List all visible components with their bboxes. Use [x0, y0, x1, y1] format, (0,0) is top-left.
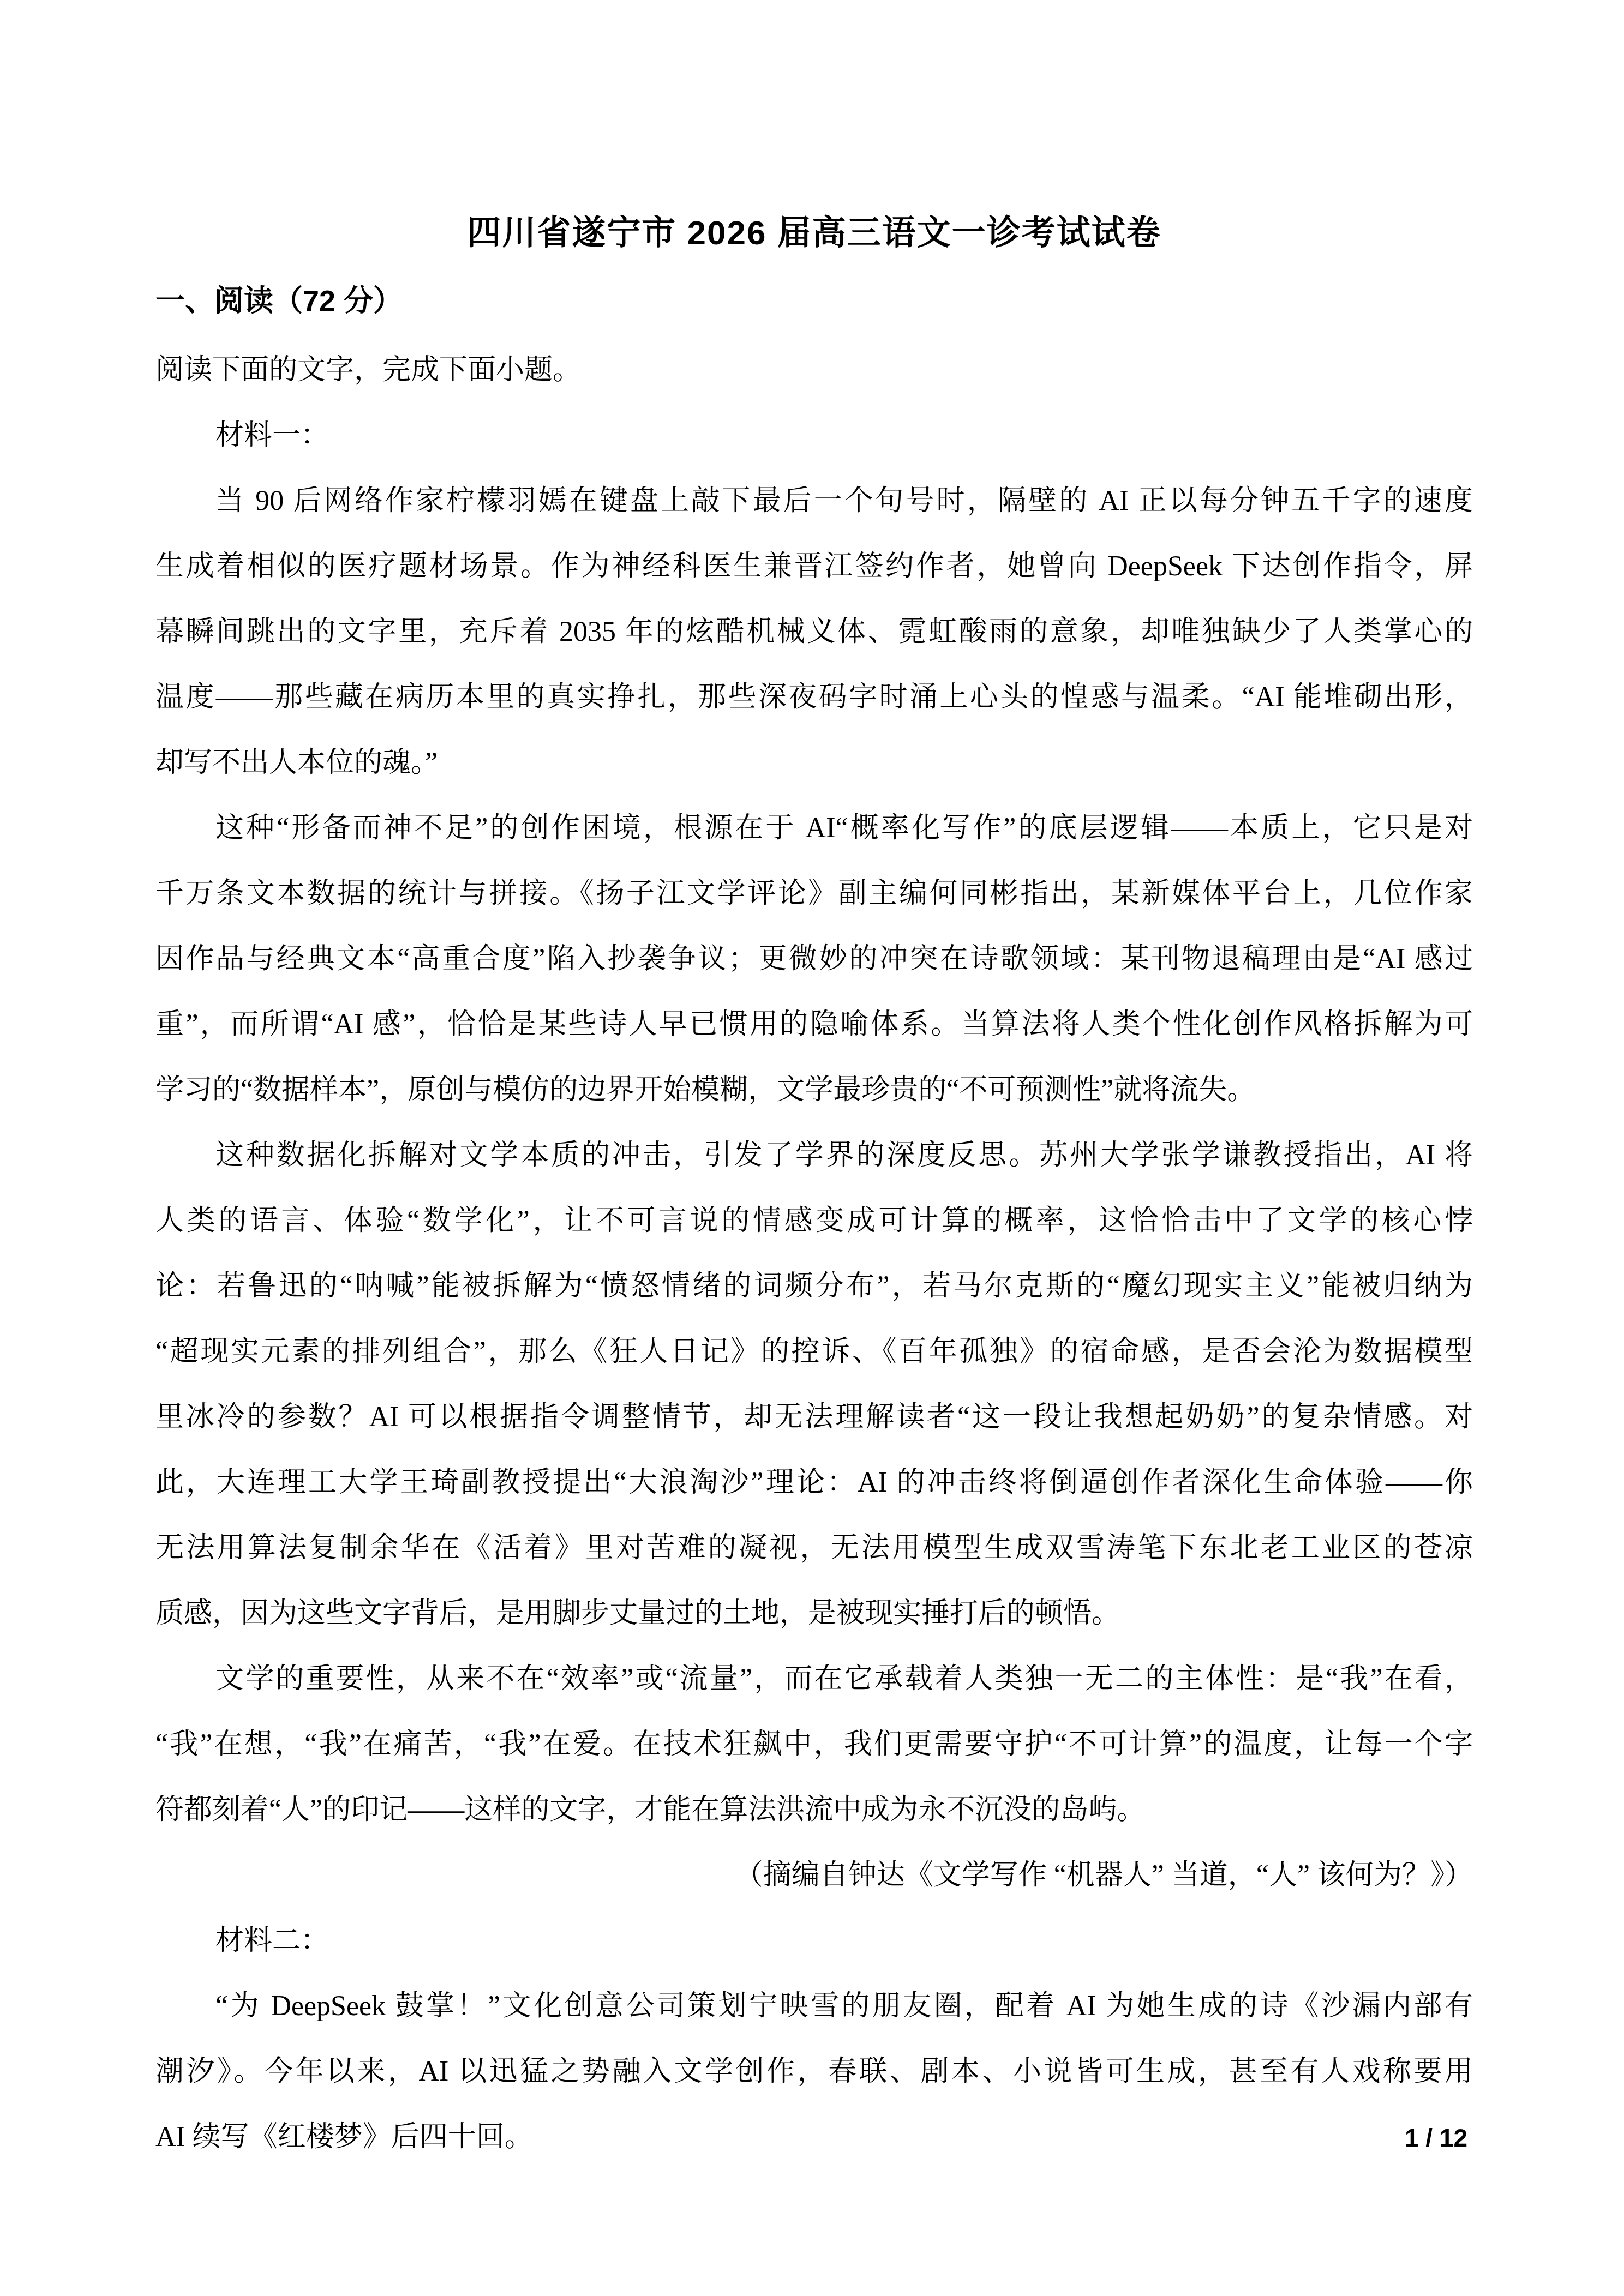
- text-line: 温度——那些藏在病历本里的真实挣扎，那些深夜码字时涌上心头的惶惑与温柔。“AI …: [155, 665, 1473, 730]
- text-line: 当 90 后网络作家柠檬羽嫣在键盘上敲下最后一个句号时，隔壁的 AI 正以每分钟…: [155, 468, 1473, 534]
- text-line: 这种“形备而神不足”的创作困境，根源在于 AI“概率化写作”的底层逻辑——本质上…: [155, 796, 1473, 861]
- section-heading: 一、阅读（72 分）: [155, 278, 1473, 324]
- text-line: “超现实元素的排列组合”，那么《狂人日记》的控诉、《百年孤独》的宿命感，是否会沦…: [155, 1319, 1473, 1385]
- text-line: 无法用算法复制余华在《活着》里对苦难的凝视，无法用模型生成双雪涛笔下东北老工业区…: [155, 1516, 1473, 1581]
- material-label: 材料二：: [155, 1908, 1473, 1974]
- text-line: 论：若鲁迅的“呐喊”能被拆解为“愤怒情绪的词频分布”，若马尔克斯的“魔幻现实主义…: [155, 1254, 1473, 1319]
- intro-line: 阅读下面的文字，完成下面小题。: [155, 338, 1473, 403]
- text-line: 文学的重要性，从来不在“效率”或“流量”，而在它承载着人类独一无二的主体性：是“…: [155, 1646, 1473, 1712]
- document-body: 阅读下面的文字，完成下面小题。材料一：当 90 后网络作家柠檬羽嫣在键盘上敲下最…: [155, 338, 1473, 2170]
- text-line: 这种数据化拆解对文学本质的冲击，引发了学界的深度反思。苏州大学张学谦教授指出，A…: [155, 1123, 1473, 1188]
- text-line: 质感，因为这些文字背后，是用脚步丈量过的土地，是被现实捶打后的顿悟。: [155, 1581, 1473, 1646]
- text-line: 符都刻着“人”的印记——这样的文字，才能在算法洪流中成为永不沉没的岛屿。: [155, 1777, 1473, 1843]
- page-number: 1 / 12: [1405, 2123, 1467, 2153]
- text-line: 却写不出人本位的魂。”: [155, 730, 1473, 796]
- material-label: 材料一：: [155, 403, 1473, 468]
- text-line: AI 续写《红楼梦》后四十回。: [155, 2105, 1473, 2170]
- exam-paper-page: 四川省遂宁市 2026 届高三语文一诊考试试卷 一、阅读（72 分） 阅读下面的…: [0, 0, 1624, 2296]
- text-line: 学习的“数据样本”，原创与模仿的边界开始模糊，文学最珍贵的“不可预测性”就将流失…: [155, 1057, 1473, 1123]
- attribution-line: （摘编自钟达《文学写作 “机器人” 当道，“人” 该何为？》）: [155, 1843, 1473, 1908]
- text-line: 生成着相似的医疗题材场景。作为神经科医生兼晋江签约作者，她曾向 DeepSeek…: [155, 534, 1473, 599]
- text-line: 潮汐》。今年以来，AI 以迅猛之势融入文学创作，春联、剧本、小说皆可生成，甚至有…: [155, 2039, 1473, 2105]
- text-line: 重”，而所谓“AI 感”，恰恰是某些诗人早已惯用的隐喻体系。当算法将人类个性化创…: [155, 992, 1473, 1057]
- text-line: 里冰冷的参数？AI 可以根据指令调整情节，却无法理解读者“这一段让我想起奶奶”的…: [155, 1385, 1473, 1450]
- text-line: “为 DeepSeek 鼓掌！”文化创意公司策划宁映雪的朋友圈，配着 AI 为她…: [155, 1974, 1473, 2039]
- text-line: 因作品与经典文本“高重合度”陷入抄袭争议；更微妙的冲突在诗歌领域：某刊物退稿理由…: [155, 927, 1473, 992]
- text-line: 千万条文本数据的统计与拼接。《扬子江文学评论》副主编何同彬指出，某新媒体平台上，…: [155, 861, 1473, 927]
- text-line: 幕瞬间跳出的文字里，充斥着 2035 年的炫酷机械义体、霓虹酸雨的意象，却唯独缺…: [155, 599, 1473, 665]
- text-line: “我”在想，“我”在痛苦，“我”在爱。在技术狂飙中，我们更需要守护“不可计算”的…: [155, 1712, 1473, 1777]
- text-line: 人类的语言、体验“数学化”，让不可言说的情感变成可计算的概率，这恰恰击中了文学的…: [155, 1188, 1473, 1254]
- page-title: 四川省遂宁市 2026 届高三语文一诊考试试卷: [155, 211, 1473, 256]
- text-line: 此，大连理工大学王琦副教授提出“大浪淘沙”理论：AI 的冲击终将倒逼创作者深化生…: [155, 1450, 1473, 1516]
